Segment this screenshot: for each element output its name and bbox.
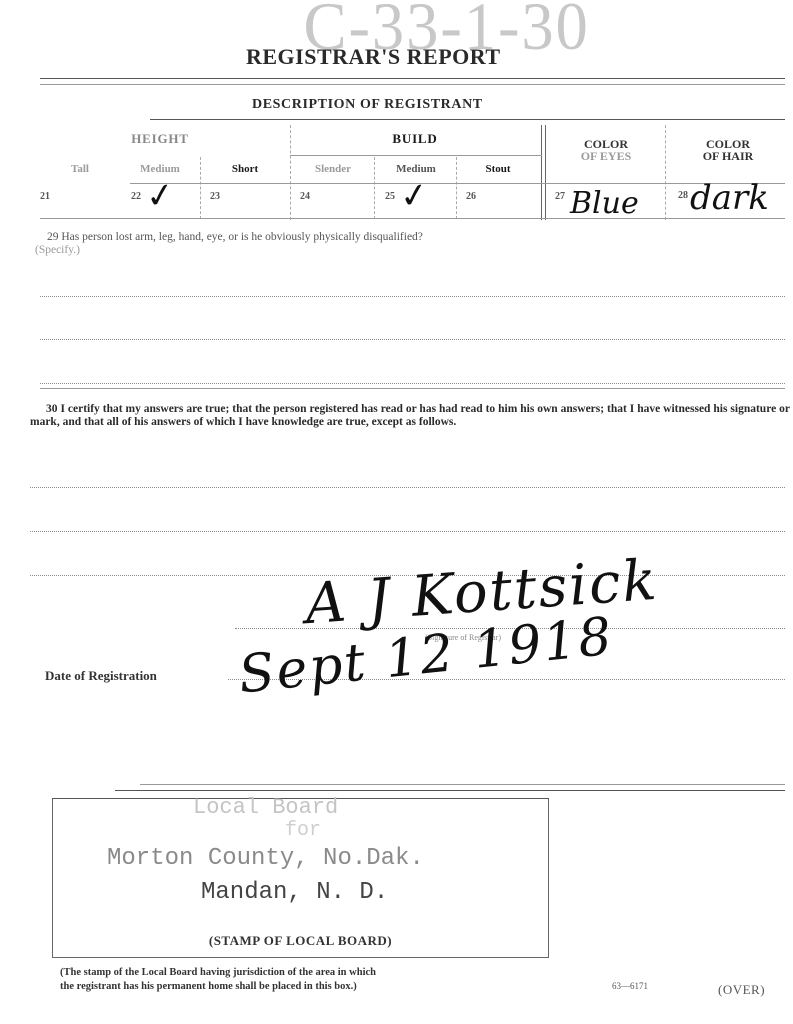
height-tall-label: Tall [45,163,115,175]
height-medium-label: Medium [120,163,200,175]
stamp-line-2: for [285,819,321,842]
divider [456,157,457,219]
stamp-line-4: Mandan, N. D. [201,879,388,906]
eye-color-value[interactable]: Blue [570,186,639,221]
build-medium-checkmark[interactable]: ✓ [397,174,431,218]
divider [130,183,785,184]
question-29-number: 29 [47,231,59,243]
local-board-stamp-box: Local Board for Morton County, No.Dak. M… [52,798,549,958]
height-short-label: Short [205,163,285,175]
divider [40,78,785,79]
divider [374,157,375,219]
divider [40,84,785,85]
build-slender-label: Slender [294,163,372,175]
build-group-label: BUILD [360,131,470,147]
answer-line[interactable] [40,383,785,384]
question-30-text: I certify that my answers are true; that… [30,403,790,428]
build-stout-label: Stout [458,163,538,175]
stamp-line-1: Local Board [193,795,338,820]
divider [40,218,785,219]
divider [545,125,546,220]
hair-color-label: COLOR OF HAIR [672,137,784,164]
answer-line[interactable] [40,339,785,340]
divider [665,125,666,220]
divider [40,388,785,389]
field-number-27: 27 [555,191,565,202]
section-title: DESCRIPTION OF REGISTRANT [252,97,483,113]
eye-color-label: COLOR OF EYES [550,137,662,164]
field-number-26: 26 [466,191,476,202]
build-medium-label: Medium [376,163,456,175]
question-29-text: Has person lost arm, leg, hand, eye, or … [61,231,423,243]
answer-line[interactable] [30,487,785,488]
answer-line[interactable] [30,531,785,532]
divider [115,790,785,791]
divider [290,155,542,156]
height-medium-checkmark[interactable]: ✓ [143,174,177,218]
divider [140,784,785,785]
question-30: 30 I certify that my answers are true; t… [30,403,790,429]
question-30-number: 30 [46,403,58,415]
page-title: REGISTRAR'S REPORT [246,44,501,70]
answer-line[interactable] [40,296,785,297]
stamp-caption: (STAMP OF LOCAL BOARD) [53,933,548,949]
form-number: 63—6171 [612,981,648,991]
question-29-specify: (Specify.) [35,244,790,257]
field-number-23: 23 [210,191,220,202]
field-number-21: 21 [40,191,50,202]
height-group-label: HEIGHT [90,131,230,147]
divider [200,157,201,219]
stamp-line-3: Morton County, No.Dak. [107,845,424,872]
question-29: 29 Has person lost arm, leg, hand, eye, … [35,231,790,257]
divider [290,125,291,220]
date-of-registration-label: Date of Registration [45,668,157,684]
field-number-28: 28 [678,190,688,201]
field-number-25: 25 [385,191,395,202]
field-number-24: 24 [300,191,310,202]
over-indicator: (OVER) [718,982,765,998]
field-number-22: 22 [131,191,141,202]
hair-color-value[interactable]: dark [690,178,769,218]
divider [150,119,785,120]
stamp-instructions: (The stamp of the Local Board having jur… [60,966,376,994]
divider [541,125,542,220]
